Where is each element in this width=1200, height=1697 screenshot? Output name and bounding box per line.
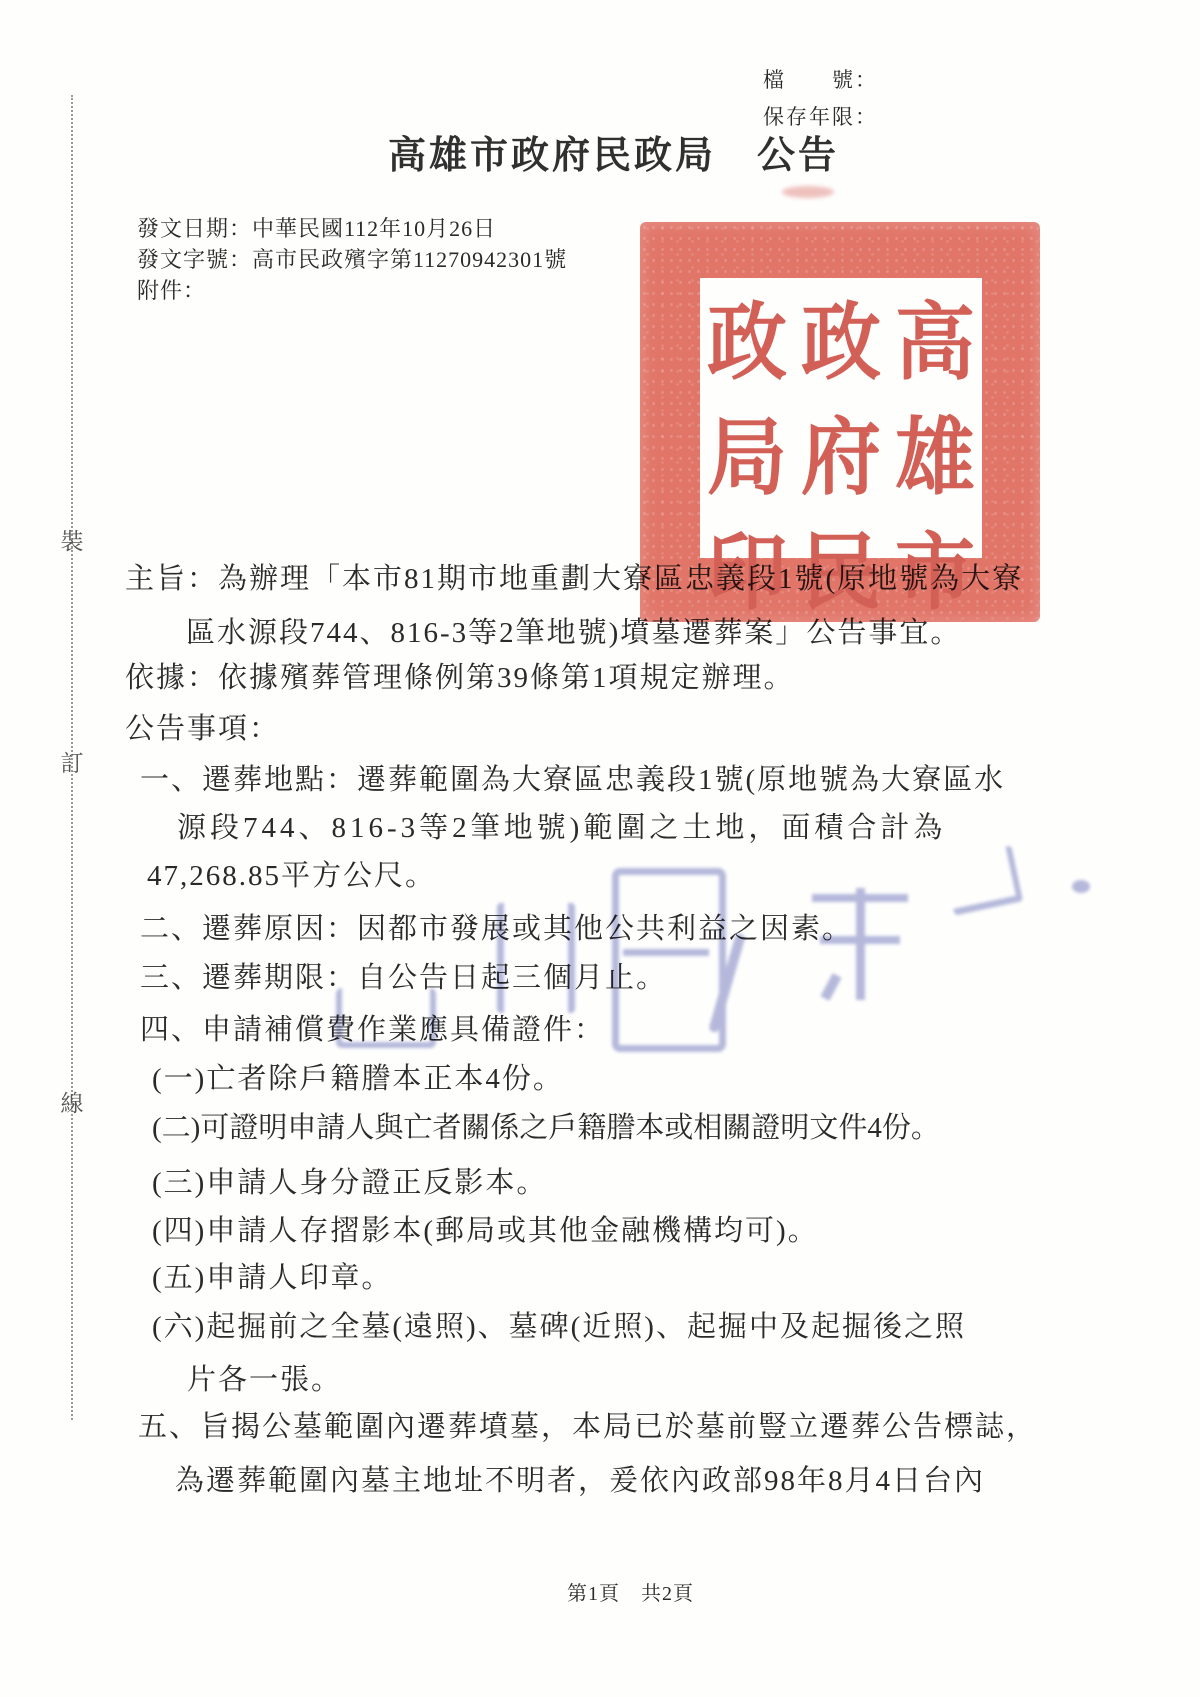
body-line: (六)起掘前之全墓(遠照)、墓碑(近照)、起掘中及起掘後之照 bbox=[152, 1304, 966, 1345]
body-line: 一、遷葬地點：遷葬範圍為大寮區忠義段1號(原地號為大寮區水 bbox=[140, 757, 1005, 798]
body-line: 二、遷葬原因：因都市發展或其他公共利益之因素。 bbox=[140, 906, 853, 947]
body-line: (四)申請人存摺影本(郵局或其他金融機構均可)。 bbox=[152, 1208, 819, 1249]
body-line: (五)申請人印章。 bbox=[152, 1255, 392, 1296]
ink-fragment bbox=[1072, 880, 1090, 893]
binding-char-zhuang: 裝 bbox=[45, 523, 99, 556]
seal-glyph: 府 bbox=[794, 390, 888, 511]
body-line: 源段744、816-3等2筆地號)範圍之土地，面積合計為 bbox=[177, 805, 946, 846]
official-seal-inner: 政 政 高 局 府 雄 印 民 市 bbox=[700, 278, 982, 558]
binding-char-ding: 訂 bbox=[45, 745, 99, 778]
issue-date-line: 發文日期：中華民國112年10月26日 bbox=[137, 212, 496, 243]
document-title: 高雄市政府民政局 公告 bbox=[388, 124, 839, 179]
page-indicator: 第1頁 共2頁 bbox=[567, 1577, 694, 1606]
scanned-announcement-page: 裝 訂 線 檔 號： 保存年限： 高雄市政府民政局 公告 發文日期：中華民國11… bbox=[0, 0, 1200, 1697]
seal-glyph: 雄 bbox=[888, 390, 982, 511]
doc-number-line: 發文字號：高市民政殯字第11270942301號 bbox=[137, 243, 567, 274]
ink-fragment bbox=[943, 845, 1023, 915]
body-line: 公告事項： bbox=[125, 706, 280, 747]
body-line: 主旨：為辦理「本市81期市地重劃大寮區忠義段1號(原地號為大寮 bbox=[125, 556, 1023, 597]
body-line: (三)申請人身分證正反影本。 bbox=[152, 1160, 547, 1201]
body-line: 為遷葬範圍內墓主地址不明者，爰依內政部98年8月4日台內 bbox=[175, 1458, 985, 1499]
body-line: 四、申請補償費作業應具備證件： bbox=[140, 1007, 605, 1048]
body-line: 五、旨揭公墓範圍內遷葬墳墓，本局已於墓前豎立遷葬公告標誌， bbox=[138, 1404, 1037, 1445]
seal-glyph: 局 bbox=[700, 390, 794, 511]
body-line: (二)可證明申請人與亡者關係之戶籍謄本或相關證明文件4份。 bbox=[152, 1105, 940, 1146]
file-number-label: 檔 號： bbox=[763, 64, 878, 94]
body-line: 區水源段744、816-3等2筆地號)墳墓遷葬案」公告事宜。 bbox=[186, 610, 961, 651]
body-line: (一)亡者除戶籍謄本正本4份。 bbox=[152, 1056, 564, 1097]
body-line: 片各一張。 bbox=[187, 1357, 342, 1398]
body-line: 依據：依據殯葬管理條例第39條第1項規定辦理。 bbox=[125, 655, 795, 696]
seal-glyph: 高 bbox=[888, 275, 982, 396]
binding-char-xian: 線 bbox=[45, 1085, 99, 1118]
body-line: 47,268.85平方公尺。 bbox=[147, 853, 436, 894]
ink-fragment bbox=[708, 933, 746, 1034]
seal-glyph: 政 bbox=[794, 275, 888, 396]
attachment-line: 附件： bbox=[137, 274, 206, 305]
seal-glyph: 政 bbox=[700, 275, 794, 396]
body-line: 三、遷葬期限：自公告日起三個月止。 bbox=[140, 955, 667, 996]
seal-ink-smudge bbox=[782, 186, 834, 198]
